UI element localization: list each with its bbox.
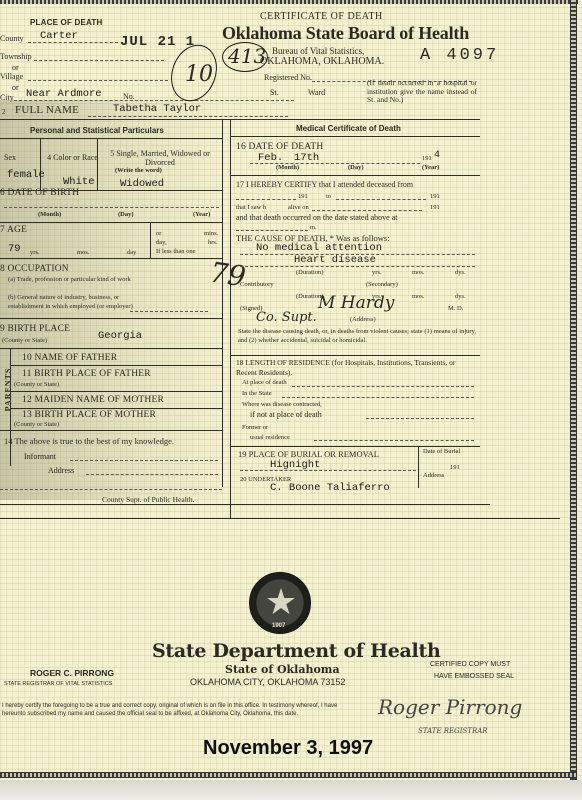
sex-value: female (7, 169, 45, 181)
occupation-line (130, 311, 208, 312)
death-year-value: 4 (434, 150, 440, 161)
certify-text: m. (310, 224, 317, 231)
issue-date: November 3, 1997 (203, 737, 373, 760)
certify-text: 191 (298, 193, 308, 200)
medical-section-title: Medical Certificate of Death (296, 124, 401, 133)
marital-label: 5 Single, Married, Widowed or Divorced (102, 149, 218, 167)
burial-address-label: Address (423, 472, 444, 479)
registrar-signature-title: STATE REGISTRAR (418, 727, 488, 735)
mother-maiden-label: 12 MAIDEN NAME OF MOTHER (22, 395, 164, 405)
certificate-number: A 4097 (420, 46, 499, 65)
address-label: (Address) (350, 316, 376, 323)
dob-month-sub: (Month) (38, 211, 61, 218)
certify-text: 191 (430, 204, 440, 211)
scan-edge (0, 780, 582, 800)
duration-label: (Duration) (296, 269, 323, 276)
city-line (14, 100, 294, 101)
hospital-note: (If death occurred in a hospital or inst… (367, 79, 477, 105)
father-birthplace-label: 11 BIRTH PLACE OF FATHER (22, 369, 151, 379)
fill-line (312, 210, 422, 211)
where-contracted-label: Where was disease contracted, (242, 401, 322, 408)
occupation-b: (b) General nature of industry, business… (8, 294, 136, 311)
age-note: day, (156, 239, 167, 246)
mother-birthplace-label: 13 BIRTH PLACE OF MOTHER (22, 410, 156, 420)
certify-text: 191 (430, 193, 440, 200)
row-line (10, 391, 222, 392)
physician-address-value: Co. Supt. (256, 310, 317, 325)
star-icon: ★ (262, 583, 300, 621)
bottom-border (0, 772, 576, 778)
place-of-death-label: PLACE OF DEATH (30, 18, 102, 27)
informant-line (70, 460, 218, 461)
embossed-note-1: CERTIFIED COPY MUST (430, 661, 510, 668)
dob-label: 6 DATE OF BIRTH (0, 188, 79, 198)
yrs-label: yrs. (30, 249, 40, 256)
or-label: or (12, 83, 19, 92)
or-label: or (12, 63, 19, 72)
registrar-name: ROGER C. PIRRONG (30, 668, 114, 678)
village-line (28, 80, 168, 81)
fill-line (336, 199, 426, 200)
former-residence-label: Former or (242, 424, 268, 431)
county-value: Carter (40, 30, 78, 42)
certify-text: alive on (288, 204, 309, 211)
no-label: No. (123, 92, 135, 101)
right-border (570, 0, 577, 780)
date-of-burial-label: Date of Burial (423, 448, 460, 455)
birthplace-label: 9 BIRTH PLACE (0, 324, 70, 334)
personal-section-title: Personal and Statistical Particulars (30, 126, 164, 135)
city-label: City (0, 93, 14, 102)
fill-line (292, 386, 474, 387)
st-label: St. (270, 88, 279, 97)
month-sub: (Month) (276, 164, 299, 171)
father-name-label: 10 NAME OF FATHER (22, 353, 117, 363)
father-birthplace-sub: (County or State) (14, 381, 59, 388)
state-note: State the disease causing death, or, in … (238, 327, 476, 345)
row-line (0, 258, 222, 259)
row-line (0, 138, 222, 139)
row-line (230, 175, 480, 176)
mother-birthplace-sub: (County or State) (14, 421, 59, 428)
age-note: hrs. (208, 239, 218, 246)
day-label: day (127, 249, 136, 256)
row-line (10, 365, 222, 366)
item-number: 2 (2, 108, 6, 116)
bureau-line-2: OKLAHOMA, OKLAHOMA. (260, 56, 384, 67)
state-title: State of Oklahoma (225, 663, 340, 676)
address-label: Address (48, 466, 74, 475)
department-title: State Department of Health (152, 640, 440, 662)
secondary-label: (Secondary) (366, 281, 398, 288)
certificate-label: CERTIFICATE OF DEATH (260, 11, 383, 22)
color-value: White (63, 176, 95, 188)
signature-line (0, 489, 222, 490)
occupation-a: (a) Trade, profession or particular kind… (8, 276, 208, 285)
certification-statement: I hereby certify the foregoing to be a t… (2, 702, 342, 718)
registrar-signature: Roger Pirrong (378, 695, 522, 719)
age-note: If less than one (156, 248, 196, 255)
row-line (230, 355, 480, 356)
dob-day-sub: (Day) (118, 211, 134, 218)
cell-line (97, 138, 98, 190)
certify-text: to (326, 193, 331, 200)
fill-line (314, 440, 474, 441)
township-line (34, 60, 164, 61)
burial-label: 19 PLACE OF BURIAL OR REMOVAL (238, 449, 379, 459)
fill-line (240, 470, 416, 471)
color-label: 4 Color or Race (45, 153, 100, 162)
certify-text: that I saw h (236, 204, 266, 211)
in-state-label: In the State (242, 390, 272, 397)
seal-year: 1907 (272, 623, 285, 629)
fill-line (236, 199, 296, 200)
row-line (230, 136, 480, 137)
birthplace-sub: (County or State) (2, 337, 47, 344)
city-value: Near Ardmore (26, 88, 102, 100)
mos-label: mos. (412, 293, 424, 300)
row-line (0, 430, 222, 431)
at-place-label: At place of death (242, 379, 287, 386)
dys-label: dys. (455, 293, 466, 300)
year-prefix: 191 (422, 155, 432, 162)
row-line (0, 518, 560, 519)
age-value: 79 (8, 243, 21, 255)
informant-label: Informant (24, 452, 56, 461)
top-border (0, 0, 578, 4)
parents-side-label: PARENTS (3, 368, 12, 412)
registered-no-label: Registered No. (264, 73, 312, 82)
undertaker-value: C. Boone Taliaferro (270, 482, 390, 494)
cell-line (150, 222, 151, 258)
state-seal: ★ 1907 (249, 572, 311, 634)
row-line (10, 408, 222, 409)
age-note: mins. (204, 230, 218, 237)
date-of-death-label: 16 DATE OF DEATH (236, 142, 323, 152)
ward-label: Ward (308, 88, 325, 97)
occupation-label: 8 OCCUPATION (0, 264, 69, 274)
dob-line (4, 207, 219, 208)
department-address: OKLAHOMA CITY, OKLAHOMA 73152 (190, 677, 345, 687)
cell-line (418, 446, 419, 488)
contributory-label: Contributory (240, 281, 274, 288)
circled-number-10-text: 10 (185, 62, 213, 87)
yrs-label: yrs. (372, 269, 382, 276)
received-stamp: JUL 21 1 (120, 34, 195, 50)
row-line (0, 222, 222, 223)
row-line (0, 318, 222, 319)
county-supt-label: County Supt. of Public Health. (102, 495, 195, 504)
fill-line (240, 266, 475, 267)
row-line (0, 504, 490, 505)
row-line (230, 446, 480, 447)
physician-signature: M Hardy (318, 293, 394, 313)
dys-label: dys. (455, 269, 466, 276)
column-divider (230, 119, 231, 519)
column-divider (222, 119, 223, 487)
marital-value: Widowed (120, 178, 164, 190)
where-contracted-label: if not at place of death (250, 410, 322, 419)
registrar-title: STATE REGISTRAR OF VITAL STATISTICS (4, 681, 112, 687)
embossed-note-2: HAVE EMBOSSED SEAL (434, 673, 514, 680)
board-title: Oklahoma State Board of Health (222, 23, 469, 44)
county-line (28, 42, 118, 43)
fill-line (282, 397, 474, 398)
age-note: or (156, 230, 161, 237)
fill-line (236, 230, 308, 231)
fill-line (366, 418, 474, 419)
township-label: Township (0, 52, 31, 61)
year-sub: (Year) (422, 164, 439, 171)
md-label: M. D. (448, 305, 463, 312)
county-label: County (0, 34, 24, 43)
full-name-line (88, 116, 288, 117)
mos-label: mos. (412, 269, 424, 276)
village-label: Village (0, 72, 23, 81)
cause-value-1: No medical attention (256, 242, 382, 254)
age-label: 7 AGE (0, 225, 27, 235)
full-name-label: FULL NAME (15, 104, 79, 116)
informant-address-line (86, 474, 218, 475)
dob-year-sub: (Year) (193, 211, 210, 218)
residence-label: 18 LENGTH OF RESIDENCE (for Hospitals, I… (236, 358, 476, 377)
certify-line-4: and that death occurred on the date stat… (236, 213, 397, 222)
full-name-value: Tabetha Taylor (113, 103, 201, 115)
mos-label: mos. (77, 249, 89, 256)
birthplace-value: Georgia (98, 330, 142, 342)
marital-sub: (Write the word) (115, 167, 162, 174)
certify-line-1: 17 I HEREBY CERTIFY that I attended dece… (236, 180, 413, 189)
row-line (0, 348, 222, 349)
sex-label: Sex (4, 153, 16, 162)
cell-line (40, 138, 41, 190)
year-prefix: 191 (450, 464, 460, 471)
divider (0, 119, 480, 120)
former-residence-label: usual residence (250, 434, 290, 441)
day-sub: (Day) (348, 164, 364, 171)
bureau-line-1: Bureau of Vital Statistics, (272, 46, 364, 56)
cause-value-2: Heart disease (294, 254, 376, 266)
true-statement: 14 The above is true to the best of my k… (4, 436, 174, 446)
